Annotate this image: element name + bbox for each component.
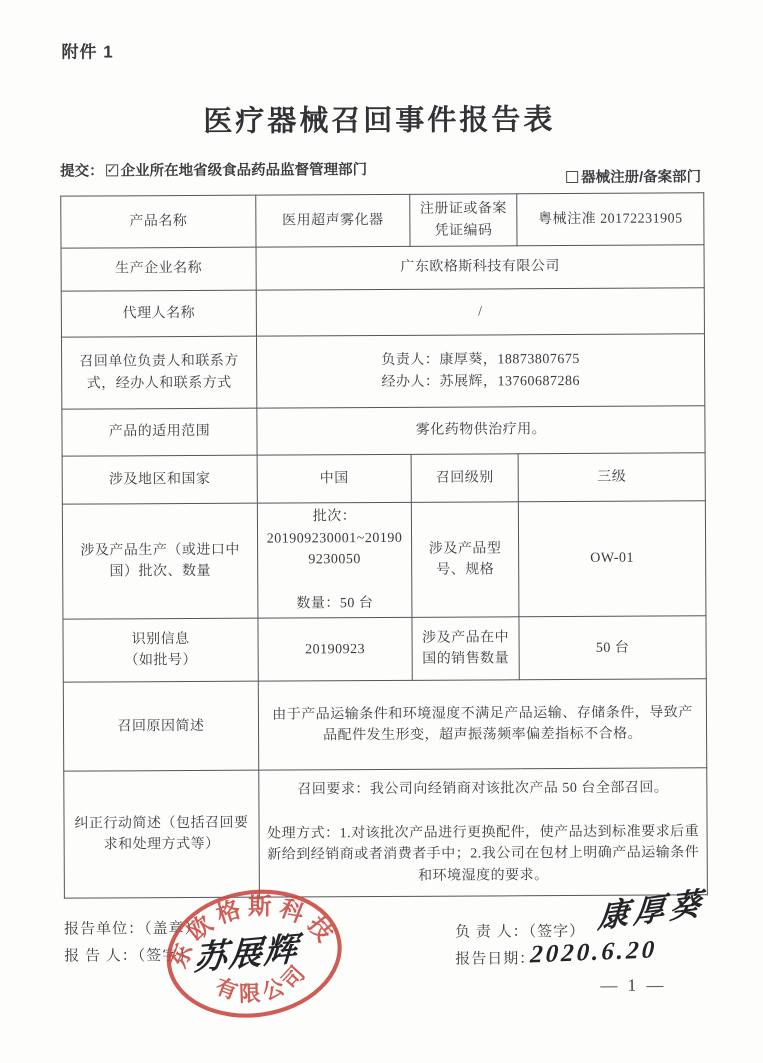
scanned-document-page: 附件 1 医疗器械召回事件报告表 提交：✓企业所在地省级食品药品监督管理部门 器… — [0, 0, 763, 1063]
identification-value: 20190923 — [258, 618, 412, 682]
corrective-action-label: 纠正行动简述（包括召回要求和处理方式等） — [64, 771, 260, 899]
china-sales-label: 涉及产品在中国的销售数量 — [412, 617, 519, 681]
agent-value: / — [256, 288, 704, 336]
checkmark-icon: ✓ — [107, 162, 117, 176]
identification-label: 识别信息 （如批号） — [63, 619, 258, 683]
checkbox-checked-icon: ✓ — [106, 164, 118, 176]
checkbox-unchecked-icon — [566, 171, 578, 183]
submit-line: 提交：✓企业所在地省级食品药品监督管理部门 器械注册/备案部门 — [60, 156, 703, 159]
page-title: 医疗器械召回事件报告表 — [0, 96, 761, 141]
recall-contact-label: 召回单位负责人和联系方式，经办人和联系方式 — [61, 336, 256, 409]
submit-option-registration: 器械注册/备案部门 — [564, 165, 701, 187]
registration-code-value: 粤械注准 20172231905 — [517, 193, 704, 246]
manufacturer-label: 生产企业名称 — [61, 247, 256, 291]
attachment-label: 附件 1 — [61, 37, 113, 62]
agent-label: 代理人名称 — [61, 290, 256, 337]
product-name-value: 医用超声雾化器 — [256, 194, 410, 247]
table-row: 产品名称 医用超声雾化器 注册证或备案凭证编码 粤械注准 20172231905 — [61, 193, 704, 248]
batch-quantity-value: 批次： 201909230001~201909230050 数量：50 台 — [257, 502, 412, 618]
submit-prefix-label: 提交： — [60, 163, 104, 179]
china-sales-value: 50 台 — [519, 616, 706, 680]
batch-quantity-label: 涉及产品生产（或进口中国）批次、数量 — [62, 503, 258, 619]
table-row: 生产企业名称 广东欧格斯科技有限公司 — [61, 245, 704, 291]
regions-label: 涉及地区和国家 — [62, 455, 257, 504]
scope-value: 雾化药物供治疗用。 — [257, 406, 705, 455]
reporter-signature: 苏展辉 — [193, 923, 301, 980]
table-row: 识别信息 （如批号） 20190923 涉及产品在中国的销售数量 50 台 — [63, 616, 706, 682]
submit-option-registration-label: 器械注册/备案部门 — [581, 169, 701, 186]
table-row: 召回单位负责人和联系方式，经办人和联系方式 负责人：康厚葵，1887380767… — [61, 334, 704, 409]
manufacturer-value: 广东欧格斯科技有限公司 — [256, 245, 704, 290]
recall-level-value: 三级 — [518, 453, 705, 502]
page-number: — 1 — — [600, 976, 666, 996]
table-row: 涉及地区和国家 中国 召回级别 三级 — [62, 453, 705, 504]
scope-label: 产品的适用范围 — [62, 408, 257, 456]
report-date-handwritten: 2020.6.20 — [529, 936, 658, 969]
product-name-label: 产品名称 — [61, 195, 256, 248]
submit-option-provincial: 提交：✓企业所在地省级食品药品监督管理部门 — [60, 158, 367, 181]
submit-option-provincial-label: 企业所在地省级食品药品监督管理部门 — [121, 162, 368, 179]
model-spec-value: OW-01 — [518, 501, 706, 617]
model-spec-label: 涉及产品型号、规格 — [411, 502, 519, 618]
recall-contact-value: 负责人：康厚葵，18873807675 经办人：苏展辉，13760687286 — [256, 334, 704, 408]
table-row: 产品的适用范围 雾化药物供治疗用。 — [62, 406, 705, 456]
recall-reason-value: 由于产品运输条件和环境湿度不满足产品运输、存储条件，导致产品配件发生形变，超声振… — [258, 679, 706, 770]
table-row: 纠正行动简述（包括召回要求和处理方式等） 召回要求：我公司向经销商对该批次产品 … — [64, 768, 708, 898]
recall-level-label: 召回级别 — [411, 454, 518, 503]
regions-value: 中国 — [257, 454, 411, 503]
recall-reason-label: 召回原因简述 — [63, 682, 258, 772]
recall-report-table: 产品名称 医用超声雾化器 注册证或备案凭证编码 粤械注准 20172231905… — [60, 192, 708, 899]
table-row: 代理人名称 / — [61, 288, 704, 337]
registration-code-label: 注册证或备案凭证编码 — [410, 194, 517, 247]
table-row: 召回原因简述 由于产品运输条件和环境湿度不满足产品运输、存储条件，导致产品配件发… — [63, 679, 706, 771]
table-row: 涉及产品生产（或进口中国）批次、数量 批次： 201909230001~2019… — [62, 501, 706, 620]
